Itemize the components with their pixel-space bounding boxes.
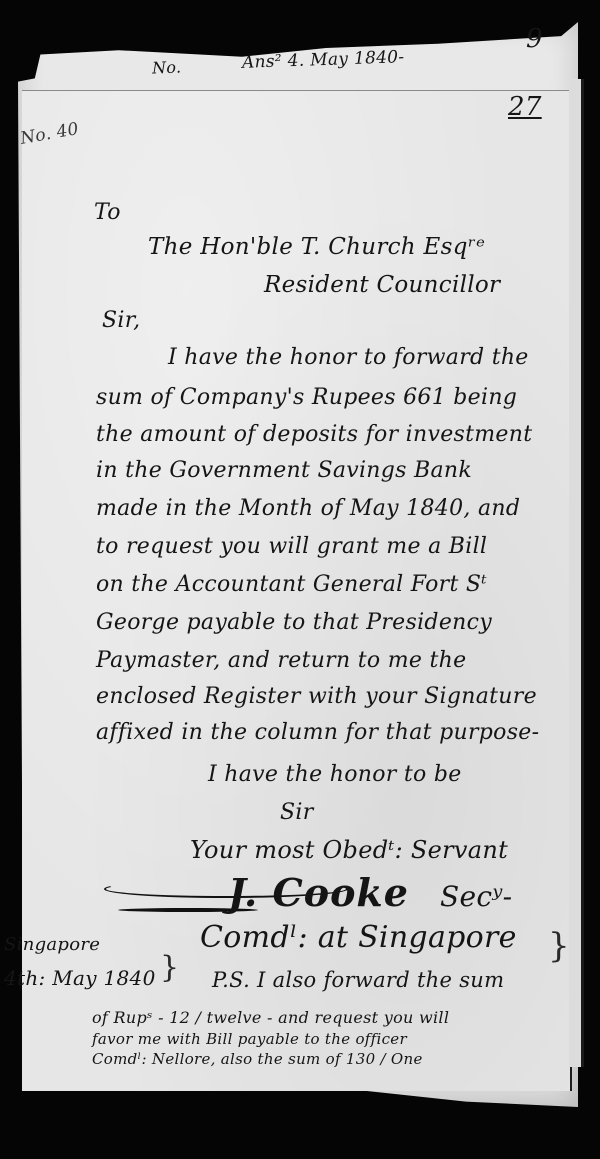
salutation-to: To bbox=[94, 200, 121, 225]
addressee-line-2: Resident Councillor bbox=[264, 272, 500, 298]
signature-name: J. Cooke bbox=[228, 870, 409, 915]
postscript-line-1: P.S. I also forward the sum bbox=[212, 968, 504, 992]
postscript-line-4: Comdˡ: Nellore, also the sum of 130 / On… bbox=[92, 1050, 423, 1068]
page-number: 27 bbox=[508, 92, 542, 122]
closing-line-3: Your most Obedᵗ: Servant bbox=[190, 836, 508, 864]
body-line-5: made in the Month of May 1840, and bbox=[96, 496, 520, 521]
greeting: Sir, bbox=[102, 308, 140, 333]
docket-prefix: No. bbox=[152, 57, 182, 77]
body-line-1: I have the honor to forward the bbox=[168, 345, 529, 370]
folio-number: 9 bbox=[526, 24, 543, 54]
dateline-brace: } bbox=[160, 950, 179, 985]
postscript-line-3: favor me with Bill payable to the office… bbox=[92, 1030, 407, 1048]
signature-suffix: Secʸ- bbox=[440, 880, 512, 913]
body-line-4: in the Government Savings Bank bbox=[96, 458, 472, 483]
addressee-line-1: The Hon'ble T. Church Esqʳᵉ bbox=[148, 234, 485, 260]
dateline-date: 4th: May 1840 bbox=[4, 966, 156, 990]
signature-title: Comdˡ: at Singapore bbox=[200, 920, 517, 955]
scanned-letter: No. Ans² 4. May 1840- 9 27 No. 40 To The… bbox=[0, 0, 600, 1159]
body-line-6: to request you will grant me a Bill bbox=[96, 534, 487, 559]
body-line-2: sum of Company's Rupees 661 being bbox=[96, 385, 517, 410]
postscript-line-2: of Rupˢ - 12 / twelve - and request you … bbox=[92, 1008, 449, 1027]
dateline-place: Singapore bbox=[4, 934, 100, 955]
body-line-7: on the Accountant General Fort Sᵗ bbox=[96, 572, 487, 597]
body-line-11: affixed in the column for that purpose- bbox=[96, 720, 539, 745]
closing-line-2: Sir bbox=[280, 800, 314, 825]
body-line-9: Paymaster, and return to me the bbox=[96, 648, 466, 673]
body-line-10: enclosed Register with your Signature bbox=[96, 684, 537, 709]
brace-decoration: } bbox=[548, 926, 570, 966]
body-line-3: the amount of deposits for investment bbox=[96, 422, 532, 447]
body-line-8: George payable to that Presidency bbox=[96, 610, 492, 635]
closing-line-1: I have the honor to be bbox=[208, 762, 462, 787]
